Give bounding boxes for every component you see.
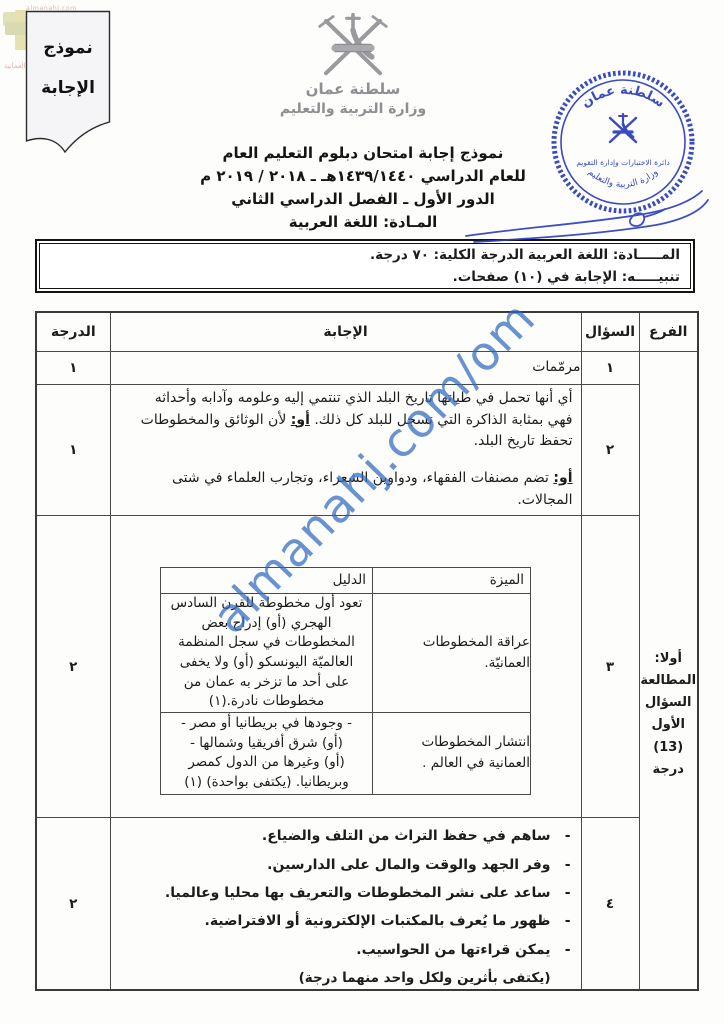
answer-key-ribbon: نموذج الإجابة: [25, 10, 111, 160]
feature-evidence-table: الميزة الدليل عراقة المخطوطات العمانيّة.…: [160, 567, 531, 794]
bullet-item: ساهم في حفظ التراث من التلف والضياع.: [111, 826, 581, 846]
inner-column-evidence: الدليل: [161, 568, 373, 594]
column-header-branch: الفرع: [639, 312, 698, 352]
stamp-arc-top-text: سلطنة عمان: [579, 83, 667, 111]
total-grade-label: الدرجة الكلية:: [434, 247, 524, 263]
subject-label: المـــــادة:: [613, 247, 680, 263]
grade-value: ٢: [36, 818, 110, 990]
grade-value: ١: [36, 352, 110, 385]
table-row: أولا: المطالعة السؤال الأول (13) درجة ١ …: [36, 352, 698, 385]
answer-cell: ساهم في حفظ التراث من التلف والضياع. وفر…: [110, 818, 581, 990]
column-header-grade: الدرجة: [36, 312, 110, 352]
or-underlined: أو:: [553, 470, 572, 486]
note-label: تنبيـــــه:: [622, 269, 680, 285]
svg-text:سلطنة عمان: سلطنة عمان: [579, 83, 667, 111]
feature-cell: عراقة المخطوطات العمانيّة.: [373, 594, 531, 712]
ribbon-line-1: نموذج: [25, 28, 111, 68]
bullet-item: ظهور ما يُعرف بالمكتبات الإلكترونية أو ا…: [111, 911, 581, 931]
or-underlined: أو:: [291, 412, 310, 428]
emblem-ministry-script: وزارة التربية والتعليم: [223, 101, 483, 117]
info-note-line: تنبيـــــه: الإجابة في (١٠) صفحات.: [453, 269, 680, 285]
answers-table: الفرع السؤال الإجابة الدرجة أولا: المطال…: [35, 311, 699, 991]
answer-text: تضم مصنفات الفقهاء، ودواوين الشعراء، وتج…: [172, 470, 573, 508]
evidence-cell: - وجودها في بريطانيا أو مصر - (أو) شرق أ…: [161, 712, 373, 794]
answer-paragraph-2: أو: تضم مصنفات الفقهاء، ودواوين الشعراء،…: [111, 465, 581, 515]
doc-title: نموذج إجابة امتحان دبلوم التعليم العام: [193, 142, 533, 165]
feature-cell: انتشار المخطوطات العمانية في العالم .: [373, 712, 531, 794]
inner-row: انتشار المخطوطات العمانية في العالم . - …: [161, 712, 531, 794]
grade-value: ٢: [36, 516, 110, 818]
answer-cell: مرمّمات: [110, 352, 581, 385]
answer-cell: أي أنها تحمل في طياتها تاريخ البلد الذي …: [110, 385, 581, 516]
bullet-item: يمكن قراءتها من الحواسيب.: [111, 940, 581, 960]
signature-icon: [460, 184, 716, 248]
table-row: ٤ ساهم في حفظ التراث من التلف والضياع. و…: [36, 818, 698, 990]
ribbon-title: نموذج الإجابة: [25, 10, 111, 108]
info-total-grade: الدرجة الكلية: ٧٠ درجة.: [370, 247, 524, 263]
column-header-question: السؤال: [581, 312, 639, 352]
stamp-middle-text: دائرة الاختبارات وإدارة التقويم: [576, 158, 669, 167]
inner-row: عراقة المخطوطات العمانيّة. تعود أول مخطو…: [161, 594, 531, 712]
oman-emblem-svg: [307, 12, 399, 84]
total-grade-value: ٧٠ درجة.: [370, 247, 434, 263]
table-row: ٢ أي أنها تحمل في طياتها تاريخ البلد الذ…: [36, 385, 698, 516]
column-header-answer: الإجابة: [110, 312, 581, 352]
marking-note: (يكتفى بأثرين ولكل واحد منهما درجة): [111, 968, 581, 989]
inner-header-row: الميزة الدليل: [161, 568, 531, 594]
evidence-cell: تعود أول مخطوطة للقرن السادس الهجري (أو)…: [161, 594, 373, 712]
exam-info-inner: المـــــادة: اللغة العربية تنبيـــــه: ا…: [39, 243, 691, 289]
branch-text: أولا: المطالعة السؤال الأول (13) درجة: [640, 560, 698, 781]
branch-cell: أولا: المطالعة السؤال الأول (13) درجة: [639, 352, 698, 990]
question-number: ٣: [581, 516, 639, 818]
question-number: ٤: [581, 818, 639, 990]
answer-paragraph-1: أي أنها تحمل في طياتها تاريخ البلد الذي …: [111, 385, 581, 453]
ribbon-line-2: الإجابة: [25, 68, 111, 108]
bullet-item: ساعد على نشر المخطوطات والتعريف بها محلي…: [111, 883, 581, 903]
subject-value: اللغة العربية: [528, 247, 613, 263]
table-header-row: الفرع السؤال الإجابة الدرجة: [36, 312, 698, 352]
scanned-answer-key-page: almanahj.com المناهج العمانية نموذج الإج…: [0, 0, 724, 1024]
table-row: ٣ الميزة الدليل عراقة المخطوطات العمانيّ…: [36, 516, 698, 818]
bullet-item: وفر الجهد والوقت والمال على الدارسين.: [111, 855, 581, 875]
question-number: ٢: [581, 385, 639, 516]
answer-cell: الميزة الدليل عراقة المخطوطات العمانيّة.…: [110, 516, 581, 818]
oman-emblem-icon: [307, 12, 399, 84]
grade-value: ١: [36, 385, 110, 516]
question-number: ١: [581, 352, 639, 385]
note-value: الإجابة في (١٠) صفحات.: [453, 269, 622, 285]
info-subject-line: المـــــادة: اللغة العربية: [528, 247, 680, 263]
emblem-country-script: سلطنة عمان: [223, 80, 483, 98]
inner-column-feature: الميزة: [373, 568, 531, 594]
